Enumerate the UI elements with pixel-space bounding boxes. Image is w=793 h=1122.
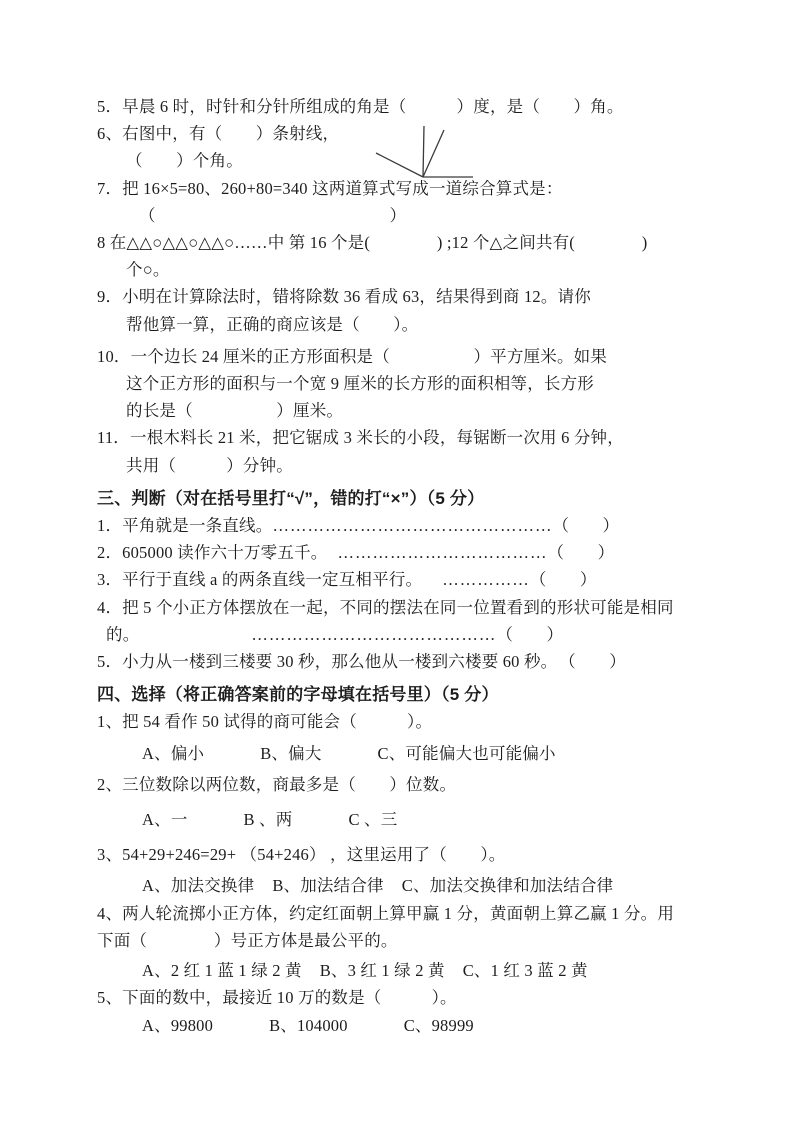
judge-section-heading: 三、判断（对在括号里打“√”，错的打“×”）（5 分） [97,485,717,512]
choice-section-heading: 四、选择（将正确答案前的字母填在括号里）（5 分） [97,681,717,708]
fill-q7-answer-blank: （ ） [139,202,717,229]
choice-q4-line1: 4、两人轮流掷小正方体，约定红面朝上算甲赢 1 分，黄面朝上算乙赢 1 分。用 [97,900,717,927]
option-a: A、一 [142,806,188,833]
answer-bracket: （ ） [567,652,626,671]
judge-item-5: 5．小力从一楼到三楼要 30 秒，那么他从一楼到六楼要 60 秒。（ ） [97,648,717,675]
answer-bracket: （ ） [530,570,597,589]
fill-q10-line3: 的长是（ ）厘米。 [126,397,717,424]
judge-item-3: 3．平行于直线 a 的两条直线一定互相平行。……………（ ） [97,566,717,593]
fill-q9-line1: 9．小明在计算除法时，错将除数 36 看成 63，结果得到商 12。请你 [97,283,717,310]
choice-q3-options: A、加法交换律 B、加法结合律 C、加法交换律和加法结合律 [142,872,717,899]
option-c: C、1 红 3 蓝 2 黄 [463,957,588,984]
option-a: A、2 红 1 蓝 1 绿 2 黄 [142,957,302,984]
option-b: B、104000 [269,1012,348,1039]
fill-q8-line2: 个○。 [126,256,717,283]
choice-q2-options: A、一 B 、两 C 、三 [142,806,717,833]
judge-item-2-text: 2．605000 读作六十万零五千。 [97,543,327,562]
option-c: C 、三 [348,806,397,833]
option-b: B、偏大 [260,740,321,767]
fill-q6-line1: 6、右图中，有（ ）条射线， [97,120,717,147]
choice-q2: 2、三位数除以两位数，商最多是（ ）位数。 [97,771,717,798]
judge-item-1-text: 1．平角就是一条直线。 [97,516,272,535]
fill-q8-line1: 8 在△△○△△○△△○……中 第 16 个是( ) ;12 个△之间共有( ) [97,229,717,256]
fill-q11-line2: 共用（ ）分钟。 [126,452,717,479]
judge-item-5-text: 5．小力从一楼到三楼要 30 秒，那么他从一楼到六楼要 60 秒。 [97,652,557,671]
fill-q10-line2: 这个正方形的面积与一个宽 9 厘米的长方形的面积相等，长方形 [126,370,717,397]
judge-item-4-line2: 的。……………………………………（ ） [106,621,717,648]
option-b: B、3 红 1 绿 2 黄 [320,957,445,984]
answer-bracket: （ ） [552,516,619,535]
fill-q11-line1: 11．一根木料长 21 米，把它锯成 3 米长的小段，每锯断一次用 6 分钟， [97,424,717,451]
judge-item-1: 1．平角就是一条直线。…………………………………………（ ） [97,512,717,539]
option-b: B、加法结合律 [272,872,383,899]
option-b: B 、两 [244,806,293,833]
choice-q1-options: A、偏小 B、偏大 C、可能偏大也可能偏小 [142,740,717,767]
fill-q5: 5．早晨 6 时，时针和分针所组成的角是（ ）度，是（ ）角。 [97,93,717,120]
judge-item-3-text: 3．平行于直线 a 的两条直线一定互相平行。 [97,570,422,589]
fill-q9-line2: 帮他算一算，正确的商应该是（ ）。 [126,311,717,338]
choice-q5-options: A、99800 B、104000 C、98999 [142,1012,717,1039]
dotted-leader: …………… [442,570,530,589]
judge-item-4-text2: 的。 [106,625,139,644]
choice-q3: 3、54+29+246=29+ （54+246） ，这里运用了（ ）。 [97,841,717,868]
worksheet-content: 5．早晨 6 时，时针和分针所组成的角是（ ）度，是（ ）角。 6、右图中，有（… [97,93,717,1039]
choice-q5: 5、下面的数中，最接近 10 万的数是（ ）。 [97,984,717,1011]
judge-item-2: 2．605000 读作六十万零五千。………………………………（ ） [97,539,717,566]
option-a: A、加法交换律 [142,872,254,899]
option-a: A、偏小 [142,740,204,767]
dotted-leader: …………………………………… [251,625,496,644]
option-a: A、99800 [142,1012,213,1039]
option-c: C、加法交换律和加法结合律 [402,872,614,899]
answer-bracket: （ ） [547,543,614,562]
choice-q1: 1、把 54 看作 50 试得的商可能会（ ）。 [97,708,717,735]
fill-q10-line1: 10．一个边长 24 厘米的正方形面积是（ ）平方厘米。如果 [97,343,717,370]
answer-bracket: （ ） [496,625,563,644]
option-c: C、可能偏大也可能偏小 [378,740,556,767]
option-c: C、98999 [404,1012,474,1039]
choice-q4-line2: 下面（ ）号正方体是最公平的。 [97,927,717,954]
judge-item-4-text: 4．把 5 个小正方体摆放在一起，不同的摆法在同一位置看到的形状可能是相同 [97,598,674,617]
fill-q7-line1: 7．把 16×5=80、260+80=340 这两道算式写成一道综合算式是： [97,175,717,202]
dotted-leader: ……………………………… [337,543,547,562]
judge-item-4-line1: 4．把 5 个小正方体摆放在一起，不同的摆法在同一位置看到的形状可能是相同 [97,594,717,621]
choice-q4-options: A、2 红 1 蓝 1 绿 2 黄 B、3 红 1 绿 2 黄 C、1 红 3 … [142,957,717,984]
worksheet-page: 5．早晨 6 时，时针和分针所组成的角是（ ）度，是（ ）角。 6、右图中，有（… [0,0,793,1122]
fill-q6-line2: （ ）个角。 [126,147,717,174]
dotted-leader: ………………………………………… [272,516,552,535]
